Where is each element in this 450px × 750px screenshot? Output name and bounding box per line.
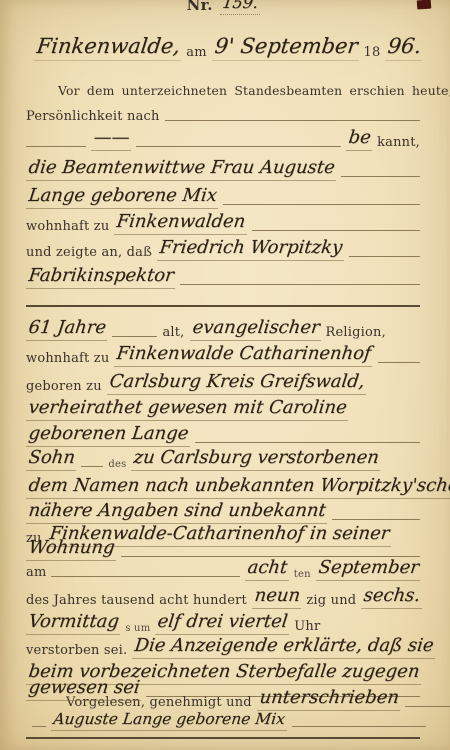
- handwritten-entry: ——: [91, 127, 134, 151]
- handwritten-entry: Fabrikinspektor: [26, 265, 178, 289]
- document-line: die Beamtenwittwe Frau Auguste: [26, 153, 420, 181]
- ruled-line: [252, 230, 420, 231]
- printed-form-text: wohnhaft zu: [26, 219, 109, 235]
- printed-form-text: und zeigte an, daß: [26, 245, 152, 261]
- handwritten-entry: geborenen Lange: [26, 423, 193, 447]
- handwritten-entry: Finkenwalde Catharinenhof: [114, 343, 375, 367]
- document-line: dem Namen nach unbekannten Worpitzky'sch…: [26, 471, 420, 499]
- handwritten-entry: Friedrich Worpitzky: [157, 237, 347, 261]
- document-line: ——bekannt,: [26, 125, 420, 151]
- handwritten-entry: verheirathet gewesen mit Caroline: [26, 397, 351, 421]
- ruled-line: [341, 176, 420, 177]
- handwritten-entry: 159.: [220, 0, 262, 15]
- printed-form-text: alt,: [162, 325, 184, 341]
- handwritten-entry: sechs.: [361, 585, 424, 609]
- ruled-line: [332, 519, 420, 520]
- printed-form-text: Nr.: [187, 0, 213, 15]
- handwritten-entry: 61 Jahre: [26, 317, 110, 341]
- handwritten-entry: Sohn: [26, 447, 79, 471]
- document-line: geborenen Lange: [26, 421, 420, 447]
- handwritten-entry: die Beamtenwittwe Frau Auguste: [26, 157, 339, 181]
- ruled-line: [195, 442, 420, 443]
- printed-form-text: wohnhaft zu: [26, 351, 109, 367]
- ruled-line: [223, 204, 420, 205]
- handwritten-entry: neun: [252, 585, 304, 609]
- printed-form-text: des: [108, 459, 126, 471]
- printed-form-text: zig und: [306, 593, 356, 609]
- document-line: verstorben sei.Die Anzeigende erklärte, …: [26, 635, 420, 659]
- handwritten-entry: Finkenwalden: [114, 211, 250, 235]
- ruled-line: [26, 737, 420, 739]
- document-line: 61 Jahrealt,evangelischerReligion,: [26, 313, 420, 341]
- document-line: nähere Angaben sind unbekannt: [26, 499, 420, 524]
- printed-form-text: Persönlichkeit nach: [26, 109, 160, 125]
- death-record-page: Nr.159.Finkenwalde,am9' September1896.Vo…: [0, 0, 450, 750]
- handwritten-entry: Lange geborene Mix: [26, 185, 221, 209]
- handwritten-entry: nähere Angaben sind unbekannt: [26, 500, 330, 524]
- document-line: Finkenwalde,am9' September1896.: [34, 25, 428, 61]
- handwritten-entry: elf drei viertel: [155, 611, 292, 635]
- printed-form-text: Vor dem unterzeichneten Standesbeamten e…: [58, 83, 450, 99]
- handwritten-entry: be: [346, 127, 375, 151]
- printed-form-text: 18: [364, 45, 381, 61]
- handwritten-entry: acht: [245, 557, 292, 581]
- ruled-line: [81, 466, 103, 467]
- handwritten-entry: evangelischer: [190, 317, 324, 341]
- document-line: Lange geborene Mix: [26, 181, 420, 209]
- printed-form-text: Uhr: [294, 619, 320, 635]
- document-line: verheirathet gewesen mit Caroline: [26, 395, 420, 421]
- document-line: [26, 295, 420, 311]
- document-line: Fabrikinspektor: [26, 261, 420, 289]
- document-line: Vor dem unterzeichneten Standesbeamten e…: [58, 75, 450, 99]
- ruled-line: [26, 146, 86, 147]
- document-line: Auguste Lange geborene Mix: [32, 711, 426, 731]
- printed-form-text: geboren zu: [26, 379, 102, 395]
- handwritten-entry: 9' September: [212, 34, 362, 61]
- document-line: Vormittags umelf drei viertelUhr: [26, 609, 420, 635]
- document-line: Sohndeszu Carlsburg verstorbenen: [26, 447, 420, 471]
- document-body: Nr.159.Finkenwalde,am9' September1896.Vo…: [26, 0, 420, 743]
- document-line: geboren zuCarlsburg Kreis Greifswald,: [26, 367, 420, 395]
- handwritten-entry: gewesen sei: [26, 677, 144, 701]
- printed-form-text: verstorben sei.: [26, 643, 127, 659]
- printed-form-text: kannt,: [377, 135, 420, 151]
- ruled-line: [378, 362, 420, 363]
- ruled-line: [32, 726, 46, 727]
- ruled-line: [26, 305, 420, 307]
- document-line: Nr.159.: [26, 0, 420, 15]
- document-line: des Jahres tausend acht hundertneunzig u…: [26, 583, 420, 609]
- ruled-line: [405, 706, 450, 707]
- red-ink-mark: [417, 0, 432, 9]
- document-line: und zeigte an, daßFriedrich Worpitzky: [26, 235, 420, 261]
- handwritten-entry: Auguste Lange geborene Mix: [51, 710, 289, 731]
- document-line: wohnhaft zuFinkenwalde Catharinenhof: [26, 341, 420, 367]
- printed-form-text: am: [186, 45, 206, 61]
- document-line: Persönlichkeit nach: [26, 99, 420, 125]
- handwritten-entry: September: [316, 557, 423, 581]
- handwritten-entry: 96.: [385, 34, 426, 61]
- printed-form-text: s um: [125, 623, 150, 635]
- handwritten-entry: Vormittag: [26, 611, 123, 635]
- document-line: [26, 733, 420, 743]
- printed-form-text: ten: [294, 569, 311, 581]
- ruled-line: [136, 146, 341, 147]
- printed-form-text: am: [26, 565, 46, 581]
- printed-form-text: Religion,: [326, 325, 386, 341]
- ruled-line: [51, 576, 240, 577]
- printed-form-text: des Jahres tausend acht hundert: [26, 593, 247, 609]
- document-line: wohnhaft zuFinkenwalden: [26, 209, 420, 235]
- handwritten-entry: unterschrieben: [257, 687, 403, 711]
- ruled-line: [112, 336, 157, 337]
- ruled-line: [349, 256, 420, 257]
- ruled-line: [165, 120, 420, 121]
- handwritten-entry: Carlsburg Kreis Greifswald,: [107, 371, 369, 395]
- document-line: amachttenSeptember: [26, 561, 420, 581]
- handwritten-entry: Wohnung: [26, 537, 119, 561]
- handwritten-entry: dem Namen nach unbekannten Worpitzky'sch…: [26, 475, 450, 499]
- handwritten-entry: zu Carlsburg verstorbenen: [131, 447, 383, 471]
- ruled-line: [292, 726, 427, 727]
- handwritten-entry: Die Anzeigende erklärte, daß sie: [132, 635, 438, 659]
- ruled-line: [180, 284, 420, 285]
- handwritten-entry: Finkenwalde,: [34, 34, 185, 61]
